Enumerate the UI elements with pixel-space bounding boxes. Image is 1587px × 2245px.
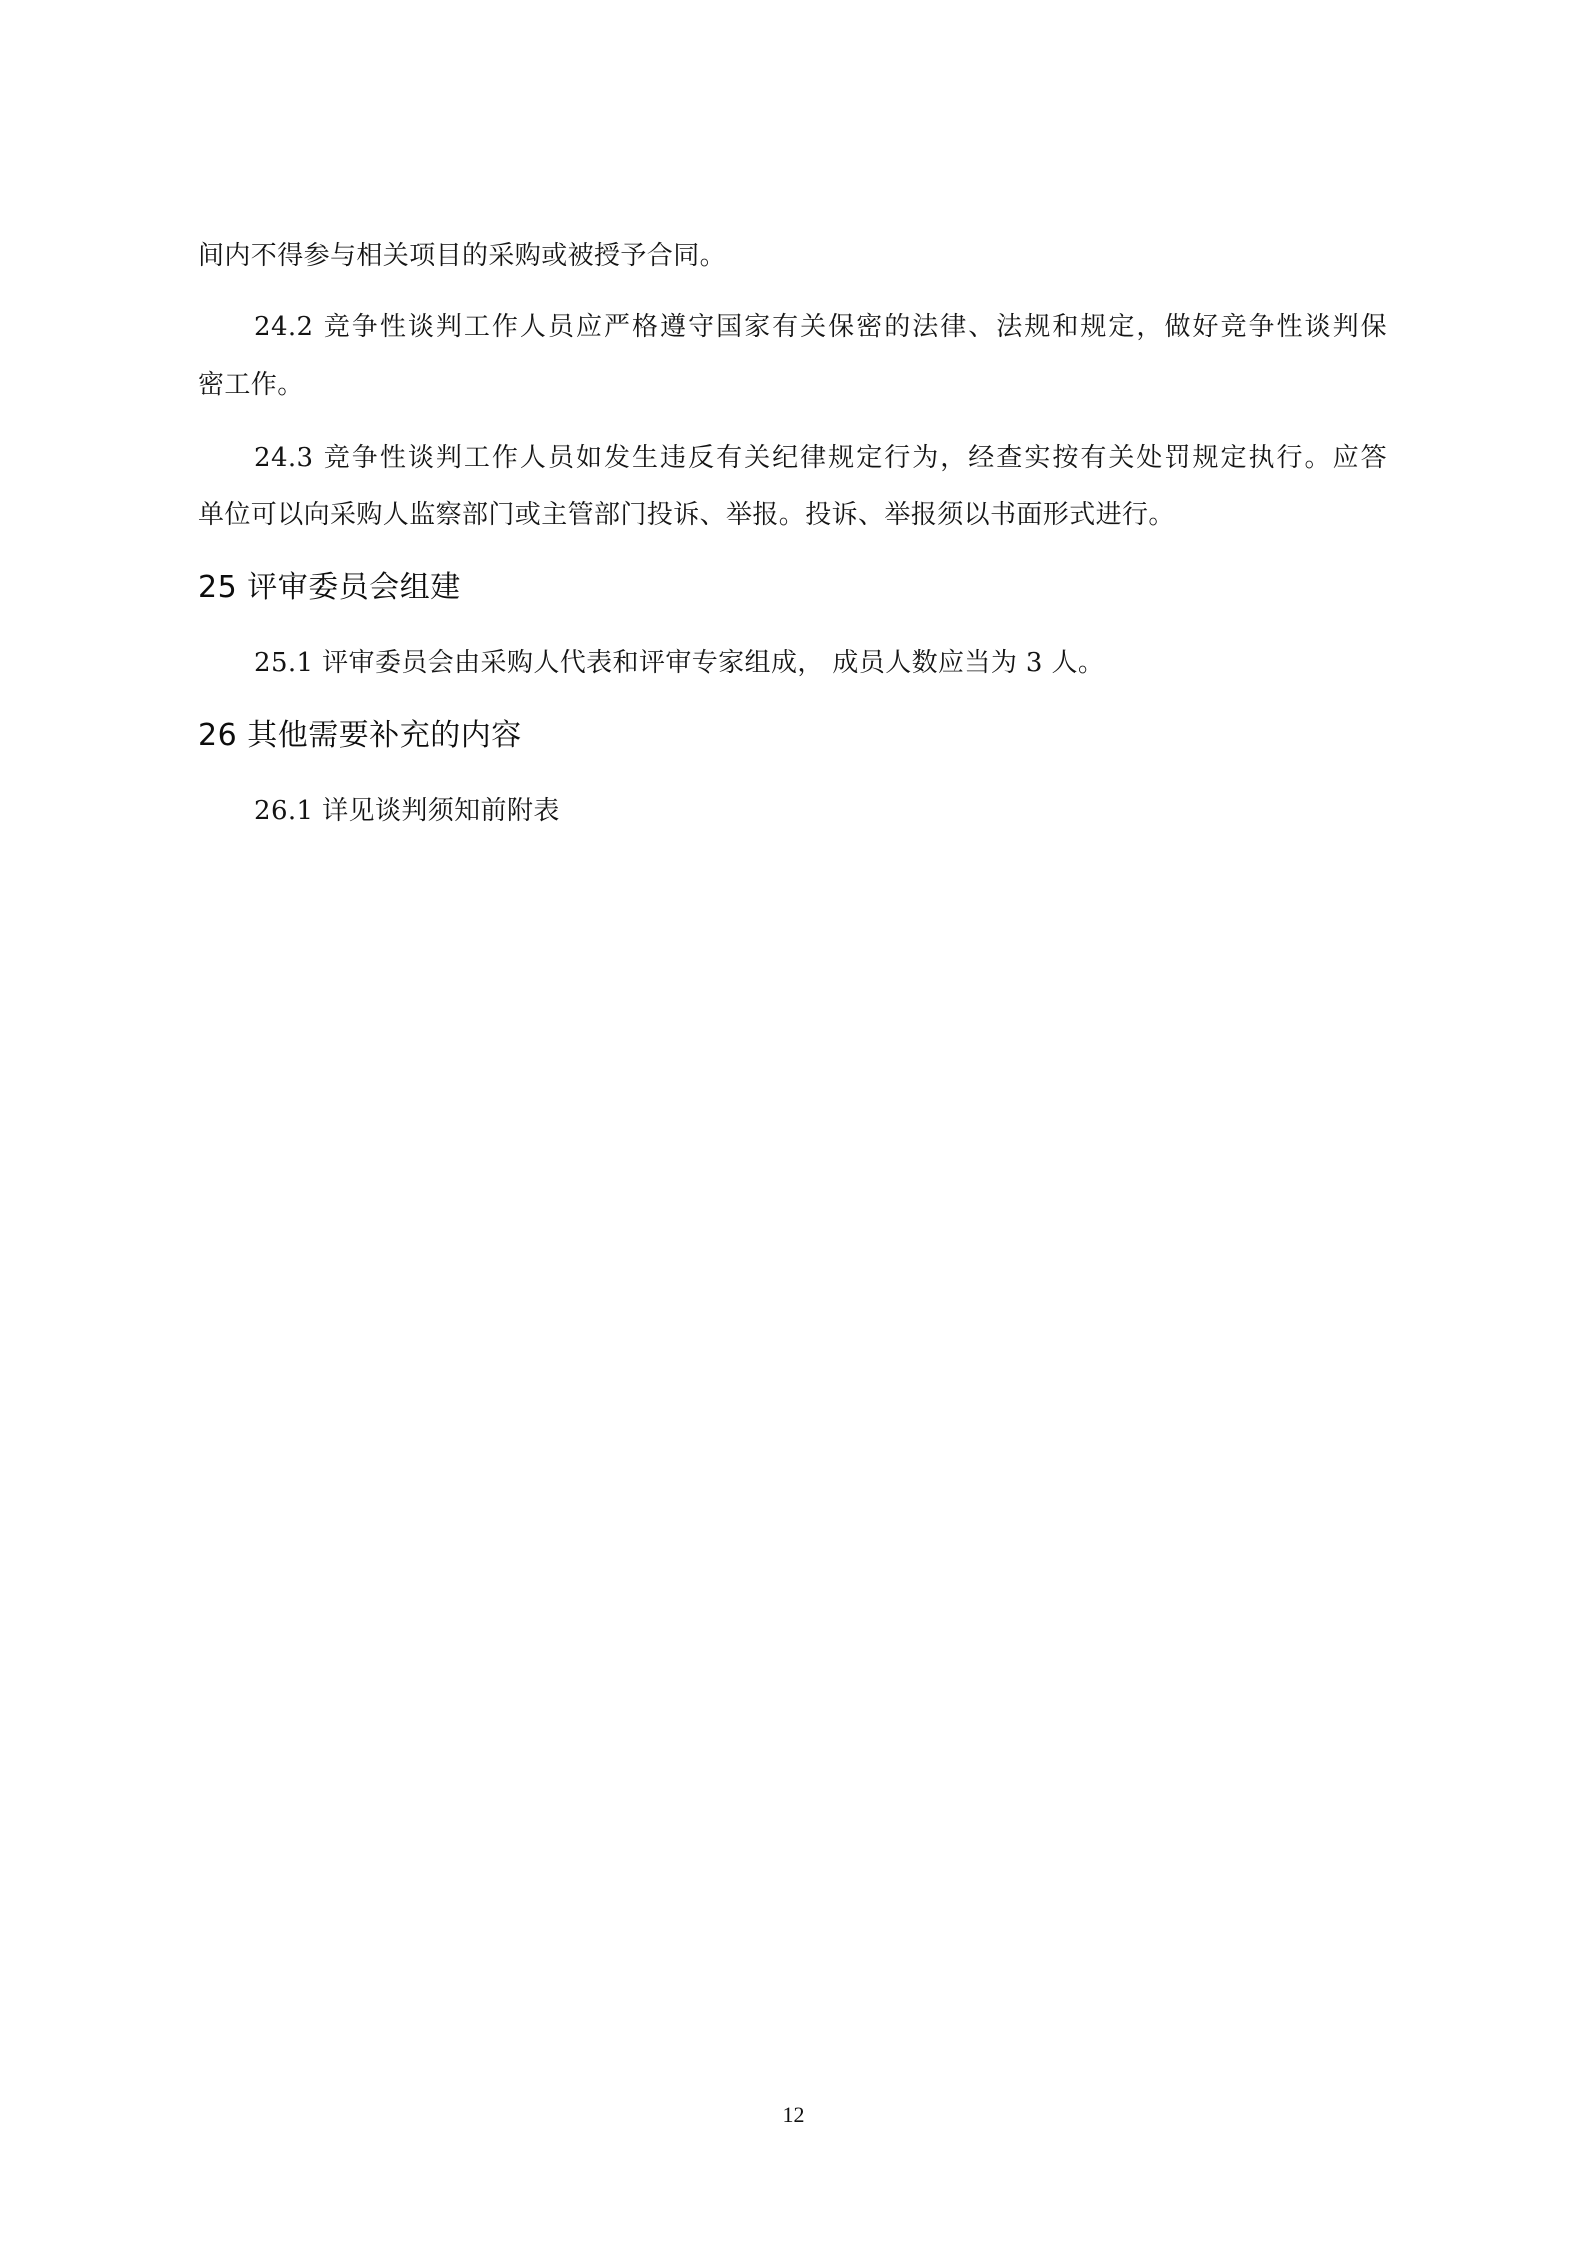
clause-26-1: 26.1 详见谈判须知前附表 xyxy=(254,796,560,826)
section-heading-26: 26 其他需要补充的内容 xyxy=(198,719,522,753)
clause-24-2-line-1: 24.2 竞争性谈判工作人员应严格遵守国家有关保密的法律、法规和规定，做好竞争性… xyxy=(254,312,1387,342)
clause-24-2-line-2: 密工作。 xyxy=(198,370,304,400)
clause-24-3-line-1: 24.3 竞争性谈判工作人员如发生违反有关纪律规定行为，经查实按有关处罚规定执行… xyxy=(254,443,1387,473)
clause-24-3-line-2: 单位可以向采购人监察部门或主管部门投诉、举报。投诉、举报须以书面形式进行。 xyxy=(198,500,1175,530)
clause-25-1: 25.1 评审委员会由采购人代表和评审专家组成， 成员人数应当为 3 人。 xyxy=(254,648,1104,678)
document-page: 间内不得参与相关项目的采购或被授予合同。 24.2 竞争性谈判工作人员应严格遵守… xyxy=(0,0,1587,2245)
page-number: 12 xyxy=(0,2103,1587,2127)
continuation-text: 间内不得参与相关项目的采购或被授予合同。 xyxy=(198,241,726,271)
section-heading-25: 25 评审委员会组建 xyxy=(198,571,461,605)
